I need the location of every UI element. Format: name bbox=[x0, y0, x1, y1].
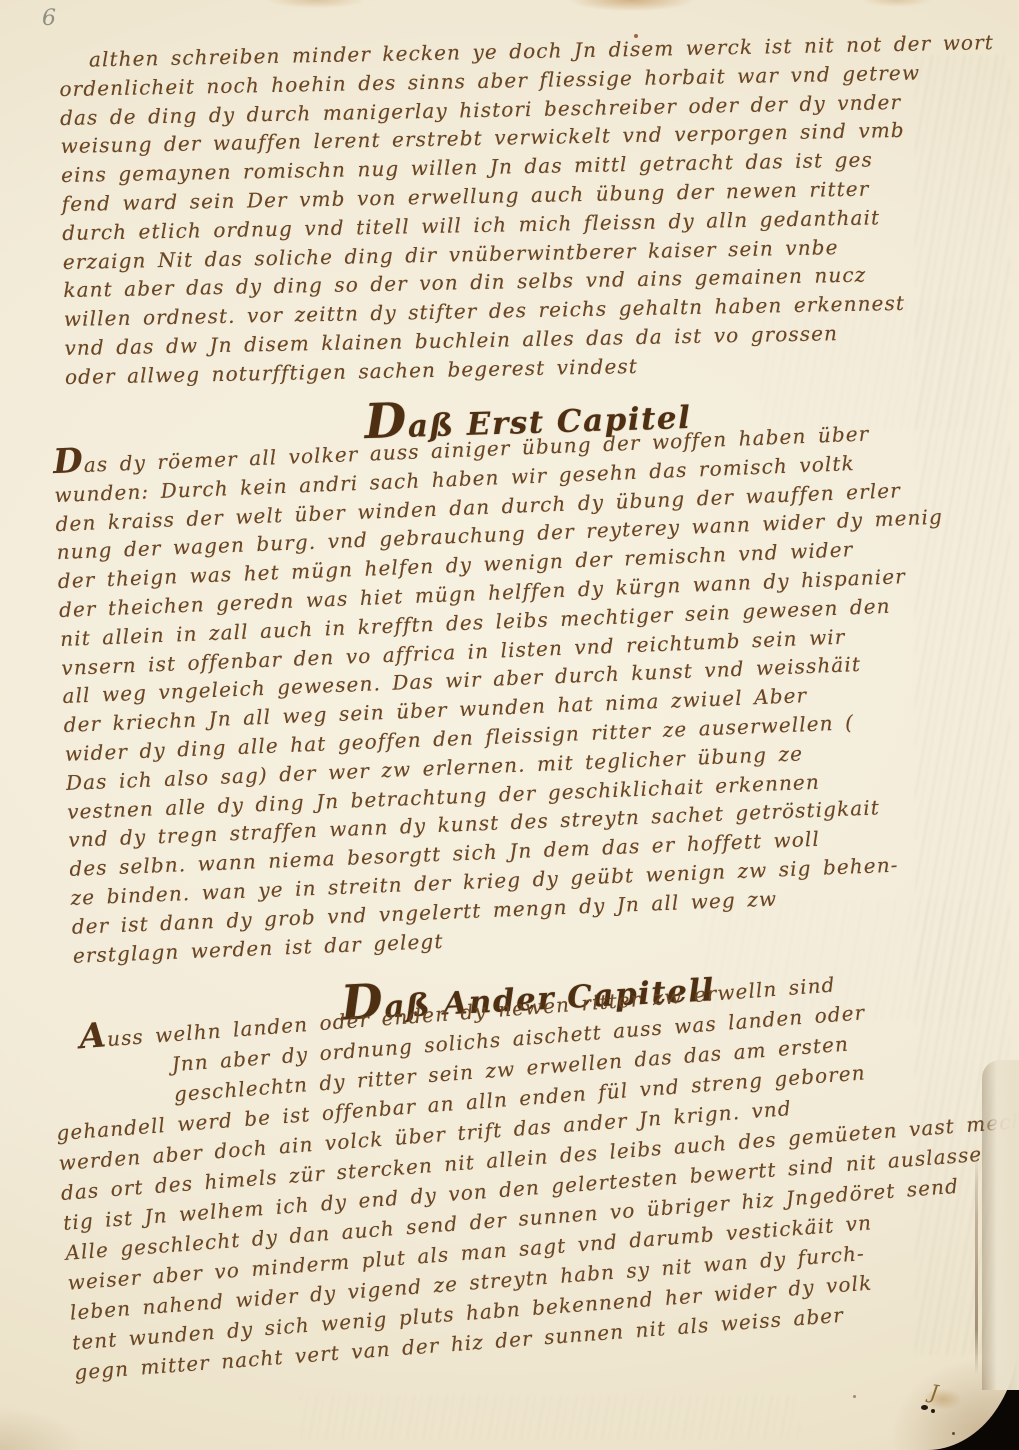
rust-speck bbox=[634, 34, 638, 38]
ink-blot bbox=[952, 1432, 955, 1435]
verso-bleedthrough-patch bbox=[300, 1395, 800, 1440]
page-fold-line bbox=[975, 1145, 978, 1375]
chapter-2-paragraph: Auss welhn landen oder enden dy newen ri… bbox=[48, 955, 1005, 1388]
text-block: althen schreiben minder kecken ye doch J… bbox=[62, 46, 994, 1388]
chapter-1-paragraph: Das dy röemer all volker auss ainiger üb… bbox=[53, 410, 1005, 969]
preface-paragraph: althen schreiben minder kecken ye doch J… bbox=[59, 28, 997, 391]
underpage-edge bbox=[982, 1060, 1019, 1390]
rust-speck bbox=[853, 1395, 856, 1398]
ink-blot bbox=[931, 1409, 935, 1413]
ink-blot bbox=[921, 1405, 928, 1410]
folio-number: 6 bbox=[42, 8, 56, 30]
manuscript-photo: 6 althen schreiben minder kecken ye doch… bbox=[0, 0, 1019, 1450]
